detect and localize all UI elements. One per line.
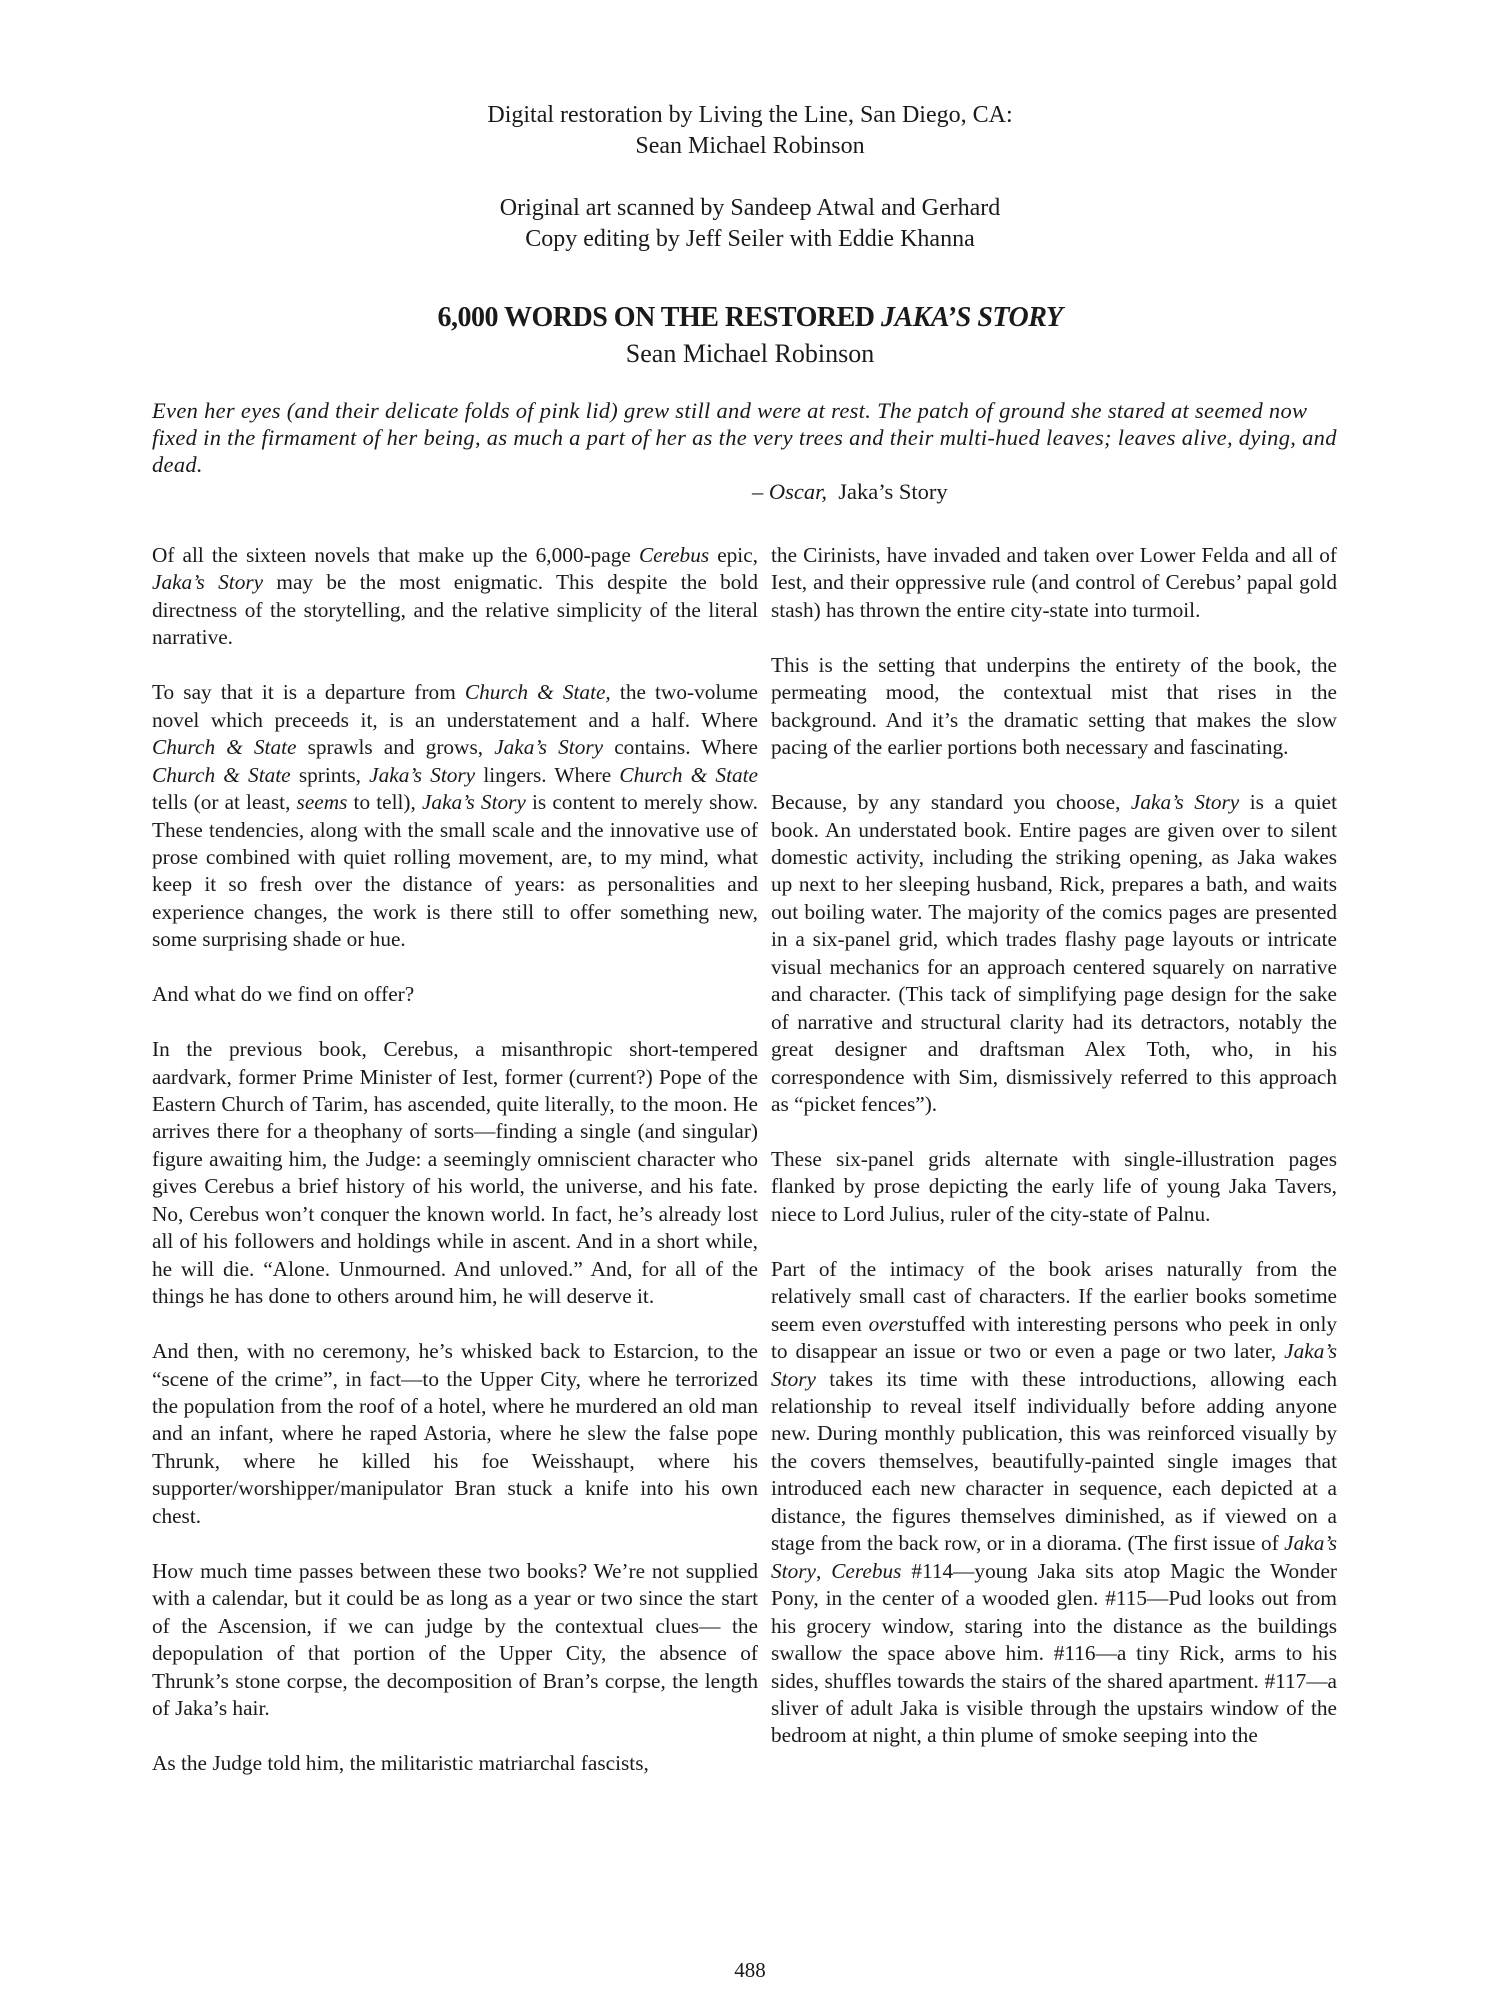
body-paragraph: This is the setting that underpins the e… [771, 652, 1337, 762]
body-paragraph: Because, by any standard you choose, Jak… [771, 789, 1337, 1118]
body-text: is a quiet book. An understated book. En… [771, 790, 1337, 1116]
italic-text: Church & State, [465, 680, 611, 704]
copyediting-credit: Copy editing by Jeff Seiler with Eddie K… [0, 224, 1500, 255]
body-text: And then, with no ceremony, he’s whisked… [152, 1339, 758, 1528]
restoration-credit: Digital restoration by Living the Line, … [0, 100, 1500, 131]
italic-text: Cerebus [639, 543, 709, 567]
article-title-main: 6,000 WORDS ON THE RESTORED [438, 302, 881, 333]
body-text: is content to merely show. These tendenc… [152, 790, 758, 951]
italic-text: Church & State [619, 763, 758, 787]
body-text: the Cirinists, have invaded and taken ov… [771, 543, 1337, 622]
italic-text: Jaka’s Story [152, 570, 263, 594]
left-column: Of all the sixteen novels that make up t… [152, 542, 758, 1805]
italic-text: Church & State [152, 735, 297, 759]
italic-text: seems [297, 790, 348, 814]
body-paragraph: In the previous book, Cerebus, a misanth… [152, 1036, 758, 1311]
attribution-source: Jaka’s Story [838, 479, 947, 504]
body-text: tells (or at least, [152, 790, 297, 814]
body-paragraph: As the Judge told him, the militaristic … [152, 1750, 758, 1777]
body-text: to tell), [347, 790, 422, 814]
italic-text: Jaka’s Story [1131, 790, 1239, 814]
italic-text: Jaka’s Story [422, 790, 526, 814]
body-text: This is the setting that underpins the e… [771, 653, 1337, 759]
body-text: Because, by any standard you choose, [771, 790, 1131, 814]
body-text: As the Judge told him, the militaristic … [152, 1751, 649, 1775]
body-text: epic, [709, 543, 758, 567]
body-text: #114—young Jaka sits atop Magic the Wond… [771, 1559, 1337, 1748]
body-text: takes its time with these introductions,… [771, 1367, 1337, 1556]
body-paragraph: the Cirinists, have invaded and taken ov… [771, 542, 1337, 624]
epigraph-attribution: – Oscar, Jaka’s Story [752, 478, 948, 505]
body-paragraph: To say that it is a departure from Churc… [152, 679, 758, 954]
italic-text: over [869, 1312, 907, 1336]
body-paragraph: Of all the sixteen novels that make up t… [152, 542, 758, 652]
epigraph-text: Even her eyes (and their delicate folds … [152, 397, 1342, 478]
attribution-dash: – [752, 479, 769, 504]
italic-text: Jaka’s Story [494, 735, 603, 759]
body-paragraph: How much time passes between these two b… [152, 1558, 758, 1723]
italic-text: Church & State [152, 763, 291, 787]
body-text: Of all the sixteen novels that make up t… [152, 543, 639, 567]
restoration-credit-name: Sean Michael Robinson [0, 131, 1500, 162]
italic-text: Cerebus [831, 1559, 901, 1583]
body-text: And what do we find on offer? [152, 982, 414, 1006]
article-author: Sean Michael Robinson [0, 338, 1500, 370]
italic-text: Jaka’s Story [369, 763, 475, 787]
body-text: contains. Where [603, 735, 758, 759]
body-text: These six-panel grids alternate with sin… [771, 1147, 1337, 1226]
right-column: the Cirinists, have invaded and taken ov… [771, 542, 1337, 1777]
body-text: , [816, 1559, 831, 1583]
epigraph: Even her eyes (and their delicate folds … [152, 397, 1342, 478]
attribution-speaker: Oscar, [769, 479, 827, 504]
body-text: To say that it is a departure from [152, 680, 465, 704]
body-paragraph: Part of the intimacy of the book arises … [771, 1256, 1337, 1750]
body-text: sprawls and grows, [297, 735, 495, 759]
body-text: How much time passes between these two b… [152, 1559, 758, 1720]
scanning-credit: Original art scanned by Sandeep Atwal an… [0, 193, 1500, 224]
page-number: 488 [0, 1957, 1500, 1983]
credits-block: Digital restoration by Living the Line, … [0, 100, 1500, 255]
body-text: sprints, [291, 763, 370, 787]
body-paragraph: And what do we find on offer? [152, 981, 758, 1008]
body-paragraph: These six-panel grids alternate with sin… [771, 1146, 1337, 1228]
body-text: lingers. Where [475, 763, 619, 787]
spacer [0, 162, 1500, 193]
body-paragraph: And then, with no ceremony, he’s whisked… [152, 1338, 758, 1530]
article-title-italic: JAKA’S STORY [881, 302, 1063, 333]
body-text: In the previous book, Cerebus, a misanth… [152, 1037, 758, 1308]
article-title: 6,000 WORDS ON THE RESTORED JAKA’S STORY [0, 302, 1500, 334]
